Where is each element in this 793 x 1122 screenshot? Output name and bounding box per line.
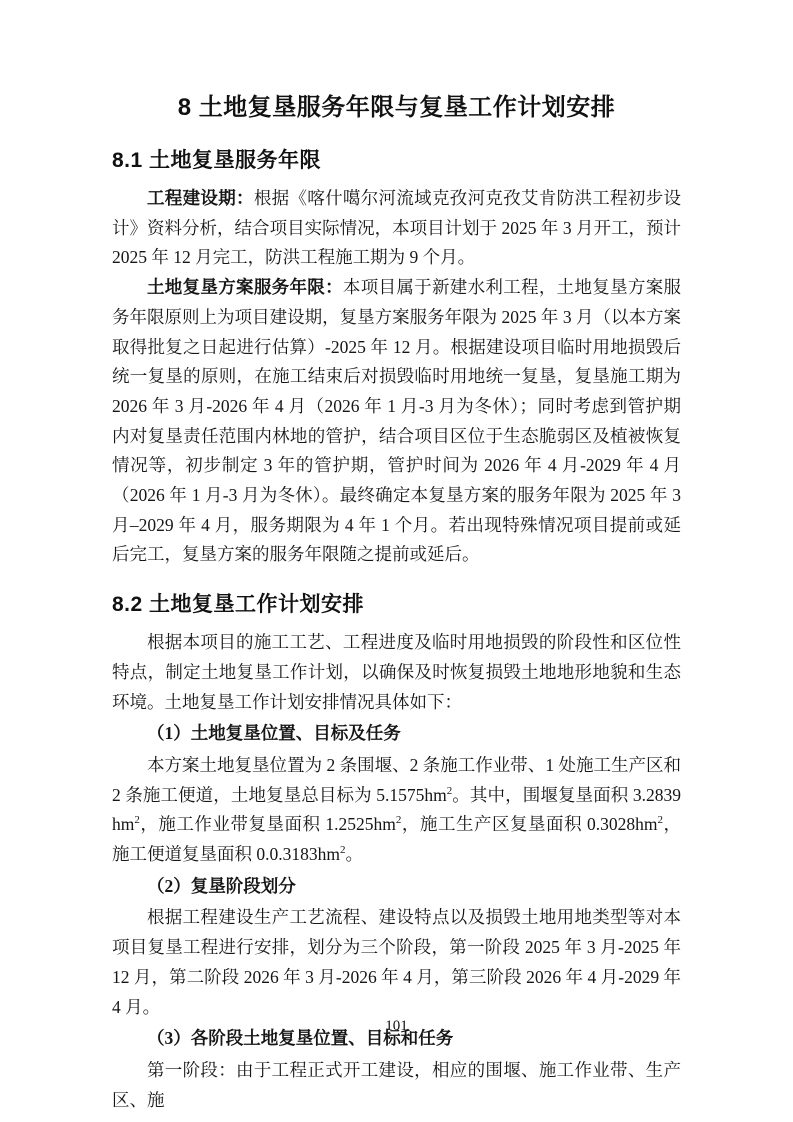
- bold-run: 工程建设期：: [147, 188, 254, 208]
- section-heading: 8.1 土地复垦服务年限: [112, 146, 681, 176]
- body-paragraph: 第一阶段：由于工程正式开工建设，相应的围堰、施工作业带、生产区、施: [112, 1056, 681, 1115]
- body-paragraph: 本方案土地复垦位置为 2 条围堰、2 条施工作业带、1 处施工生产区和 2 条施…: [112, 751, 681, 870]
- page-number: 101: [0, 1016, 793, 1036]
- section-heading: 8.2 土地复垦工作计划安排: [112, 590, 681, 620]
- text-run: ，施工生产区复垦面积 0.3028hm: [401, 814, 657, 834]
- document-body: 8.1 土地复垦服务年限工程建设期：根据《喀什噶尔河流域克孜河克孜艾肯防洪工程初…: [112, 146, 681, 1115]
- body-paragraph: 根据本项目的施工工艺、工程进度及临时用地损毁的阶段性和区位性特点，制定土地复垦工…: [112, 628, 681, 717]
- text-run: 本项目属于新建水利工程，土地复垦方案服务年限原则上为项目建设期，复垦方案服务年限…: [112, 277, 681, 564]
- bold-run: 土地复垦方案服务年限：: [147, 277, 343, 297]
- body-paragraph: 土地复垦方案服务年限：本项目属于新建水利工程，土地复垦方案服务年限原则上为项目建…: [112, 273, 681, 570]
- document-content: 8 土地复垦服务年限与复垦工作计划安排 8.1 土地复垦服务年限工程建设期：根据…: [0, 90, 793, 1115]
- sub-heading: （1）土地复垦位置、目标及任务: [112, 719, 681, 749]
- text-run: 根据本项目的施工工艺、工程进度及临时用地损毁的阶段性和区位性特点，制定土地复垦工…: [112, 632, 681, 711]
- page-title: 8 土地复垦服务年限与复垦工作计划安排: [112, 90, 681, 126]
- sub-heading: （2）复垦阶段划分: [112, 872, 681, 902]
- bold-run: （2）复垦阶段划分: [147, 876, 296, 896]
- text-run: 第一阶段：由于工程正式开工建设，相应的围堰、施工作业带、生产区、施: [112, 1060, 681, 1110]
- document-page: 8 土地复垦服务年限与复垦工作计划安排 8.1 土地复垦服务年限工程建设期：根据…: [0, 0, 793, 1122]
- text-run: ，施工作业带复垦面积 1.2525hm: [140, 814, 396, 834]
- text-run: 根据工程建设生产工艺流程、建设特点以及损毁土地用地类型等对本项目复垦工程进行安排…: [112, 907, 681, 1016]
- body-paragraph: 根据工程建设生产工艺流程、建设特点以及损毁土地用地类型等对本项目复垦工程进行安排…: [112, 903, 681, 1022]
- text-run: 。: [346, 844, 364, 864]
- body-paragraph: 工程建设期：根据《喀什噶尔河流域克孜河克孜艾肯防洪工程初步设计》资料分析，结合项…: [112, 184, 681, 273]
- bold-run: （1）土地复垦位置、目标及任务: [147, 723, 401, 743]
